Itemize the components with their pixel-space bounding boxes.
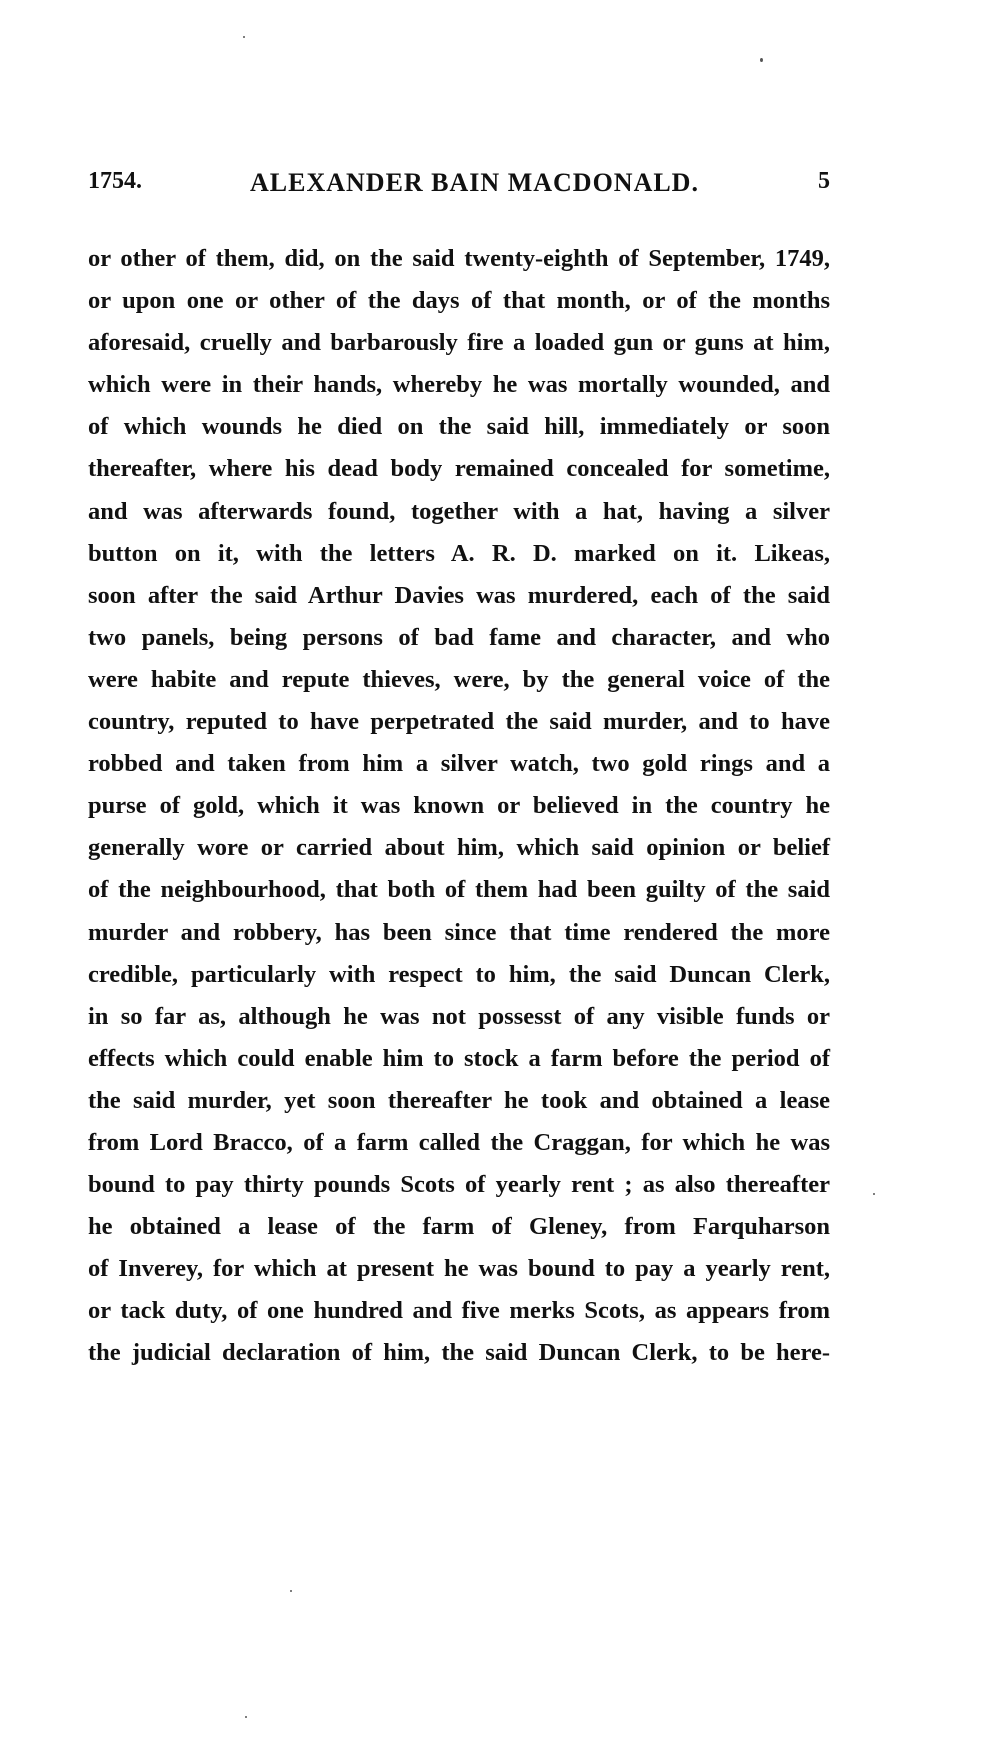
running-header: 1754. ALEXANDER BAIN MACDONALD. 5 <box>88 168 830 208</box>
text-line: he obtained a lease of the farm of Glene… <box>88 1206 830 1248</box>
text-line: or upon one or other of the days of that… <box>88 280 830 322</box>
header-year: 1754. <box>88 168 142 195</box>
text-line: generally wore or carried about him, whi… <box>88 827 830 869</box>
text-line: bound to pay thirty pounds Scots of year… <box>88 1164 830 1206</box>
scan-speck <box>760 58 763 62</box>
page-number: 5 <box>818 168 830 195</box>
text-line: soon after the said Arthur Davies was mu… <box>88 575 830 617</box>
text-line: the said murder, yet soon thereafter he … <box>88 1080 830 1122</box>
text-line: and was afterwards found, together with … <box>88 491 830 533</box>
text-line: country, reputed to have perpetrated the… <box>88 701 830 743</box>
text-line: from Lord Bracco, of a farm called the C… <box>88 1122 830 1164</box>
text-line: murder and robbery, has been since that … <box>88 912 830 954</box>
text-line: in so far as, although he was not posses… <box>88 996 830 1038</box>
text-line: of Inverey, for which at present he was … <box>88 1248 830 1290</box>
scan-speck <box>245 1716 247 1718</box>
header-title: ALEXANDER BAIN MACDONALD. <box>250 168 699 198</box>
text-line: credible, particularly with respect to h… <box>88 954 830 996</box>
text-line: of which wounds he died on the said hill… <box>88 406 830 448</box>
text-line: or tack duty, of one hundred and five me… <box>88 1290 830 1332</box>
body-paragraph: or other of them, did, on the said twent… <box>88 238 830 1375</box>
scan-speck <box>243 36 245 38</box>
text-line: effects which could enable him to stock … <box>88 1038 830 1080</box>
text-line: button on it, with the letters A. R. D. … <box>88 533 830 575</box>
text-line: were habite and repute thieves, were, by… <box>88 659 830 701</box>
text-line: of the neighbourhood, that both of them … <box>88 869 830 911</box>
text-line: which were in their hands, whereby he wa… <box>88 364 830 406</box>
scan-speck <box>873 1193 875 1195</box>
text-line: thereafter, where his dead body remained… <box>88 448 830 490</box>
text-line: aforesaid, cruelly and barbarously fire … <box>88 322 830 364</box>
text-line: the judicial declaration of him, the sai… <box>88 1332 830 1374</box>
text-line: robbed and taken from him a silver watch… <box>88 743 830 785</box>
text-line: purse of gold, which it was known or bel… <box>88 785 830 827</box>
text-line: two panels, being persons of bad fame an… <box>88 617 830 659</box>
text-line: or other of them, did, on the said twent… <box>88 238 830 280</box>
scan-speck <box>290 1590 292 1592</box>
book-page: 1754. ALEXANDER BAIN MACDONALD. 5 or oth… <box>0 0 1000 1745</box>
